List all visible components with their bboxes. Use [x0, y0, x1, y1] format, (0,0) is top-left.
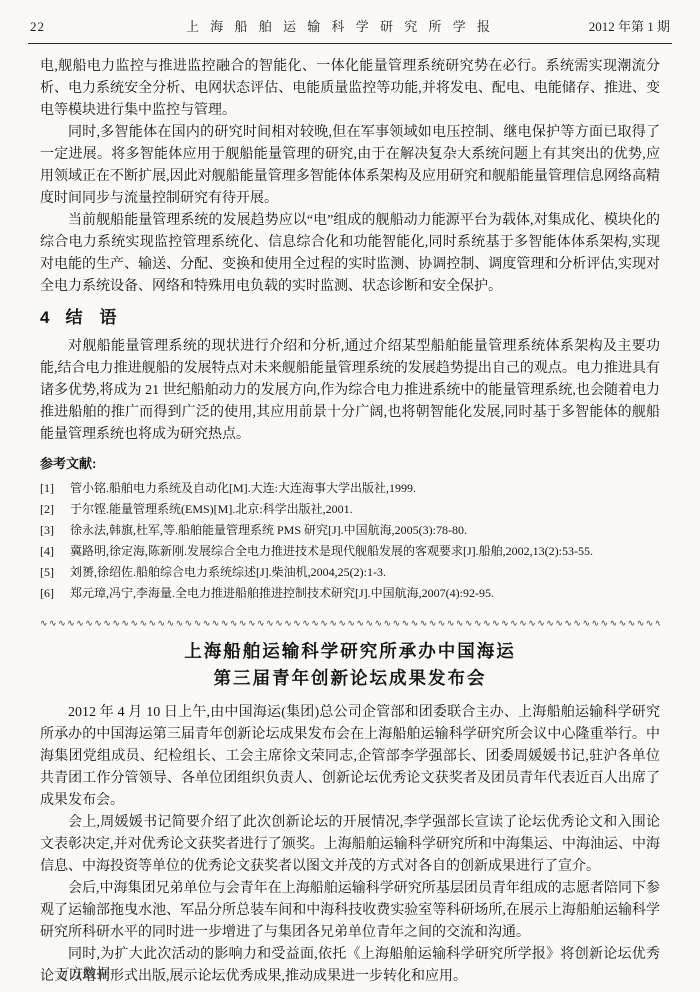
- section-title: 结 语: [65, 308, 116, 327]
- announcement-title-line2: 第三届青年创新论坛成果发布会: [40, 665, 660, 692]
- references-label: 参考文献:: [40, 456, 660, 472]
- reference-text: 管小铭.船舶电力系统及自动化[M].大连:大连海事大学出版社,1999.: [70, 478, 660, 499]
- header-rule: [28, 43, 672, 44]
- article-paragraph: 当前舰船能量管理系统的发展趋势应以“电”组成的舰船动力能源平台为载体,对集成化、…: [40, 210, 660, 298]
- conclusion-paragraph: 对舰船能量管理系统的现状进行介绍和分析,通过介绍某型船舶能量管理系统体系架构及主…: [40, 336, 660, 446]
- announcement-paragraph: 同时,为扩大此次活动的影响力和受益面,依托《上海船舶运输科学研究所学报》将创新论…: [40, 944, 660, 988]
- reference-index: [4]: [40, 541, 70, 562]
- journal-title: 上 海 船 舶 运 输 科 学 研 究 所 学 报: [120, 16, 560, 35]
- section-number: 4: [40, 308, 49, 327]
- announcement-title: 上海船舶运输科学研究所承办中国海运 第三届青年创新论坛成果发布会: [40, 638, 660, 692]
- announcement-title-line1: 上海船舶运输科学研究所承办中国海运: [40, 638, 660, 665]
- reference-index: [5]: [40, 562, 70, 583]
- reference-text: 冀路明,徐定海,陈新刚.发展综合全电力推进技术是现代舰船发展的客观要求[J].船…: [70, 541, 660, 562]
- reference-index: [2]: [40, 499, 70, 520]
- journal-page: 22 上 海 船 舶 运 输 科 学 研 究 所 学 报 2012 年第 1 期…: [0, 0, 700, 992]
- page-number: 22: [30, 19, 120, 35]
- issue-label: 2012 年第 1 期: [560, 16, 670, 35]
- page-header: 22 上 海 船 舶 运 输 科 学 研 究 所 学 报 2012 年第 1 期: [0, 0, 700, 41]
- reference-text: 于尔铿.能量管理系统(EMS)[M].北京:科学出版社,2001.: [70, 499, 660, 520]
- article-paragraph: 电,舰船电力监控与推进监控融合的智能化、一体化能量管理系统研究势在必行。系统需实…: [40, 56, 660, 122]
- announcement-paragraph: 会上,周媛媛书记简要介绍了此次创新论坛的开展情况,李学强部长宣读了论坛优秀论文和…: [40, 812, 660, 878]
- reference-item: [6] 郑元璋,冯宁,李海量.全电力推进船舶推进控制技术研究[J].中国航海,2…: [40, 583, 660, 604]
- article-body: 电,舰船电力监控与推进监控融合的智能化、一体化能量管理系统研究势在必行。系统需实…: [40, 56, 660, 988]
- reference-item: [1] 管小铭.船舶电力系统及自动化[M].大连:大连海事大学出版社,1999.: [40, 478, 660, 499]
- reference-item: [5] 刘赟,徐绍佐.船舶综合电力系统综述[J].柴油机,2004,25(2):…: [40, 562, 660, 583]
- reference-item: [3] 徐永法,韩旗,杜军,等.船舶能量管理系统 PMS 研究[J].中国航海,…: [40, 520, 660, 541]
- reference-index: [6]: [40, 583, 70, 604]
- section-heading: 4结 语: [40, 308, 660, 328]
- reference-index: [1]: [40, 478, 70, 499]
- reference-text: 郑元璋,冯宁,李海量.全电力推进船舶推进控制技术研究[J].中国航海,2007(…: [70, 583, 660, 604]
- decorative-divider: ∿∿∿∿∿∿∿∿∿∿∿∿∿∿∿∿∿∿∿∿∿∿∿∿∿∿∿∿∿∿∿∿∿∿∿∿∿∿∿∿…: [40, 618, 660, 630]
- reference-item: [4] 冀路明,徐定海,陈新刚.发展综合全电力推进技术是现代舰船发展的客观要求[…: [40, 541, 660, 562]
- reference-text: 徐永法,韩旗,杜军,等.船舶能量管理系统 PMS 研究[J].中国航海,2005…: [70, 520, 660, 541]
- article-paragraph: 同时,多智能体在国内的研究时间相对较晚,但在军事领域如电压控制、继电保护等方面已…: [40, 122, 660, 210]
- watermark: 万方数据: [56, 962, 110, 982]
- reference-item: [2] 于尔铿.能量管理系统(EMS)[M].北京:科学出版社,2001.: [40, 499, 660, 520]
- reference-text: 刘赟,徐绍佐.船舶综合电力系统综述[J].柴油机,2004,25(2):1-3.: [70, 562, 660, 583]
- announcement-paragraph: 会后,中海集团兄弟单位与会青年在上海船舶运输科学研究所基层团员青年组成的志愿者陪…: [40, 878, 660, 944]
- announcement-paragraph: 2012 年 4 月 10 日上午,由中国海运(集团)总公司企管部和团委联合主办…: [40, 702, 660, 812]
- reference-index: [3]: [40, 520, 70, 541]
